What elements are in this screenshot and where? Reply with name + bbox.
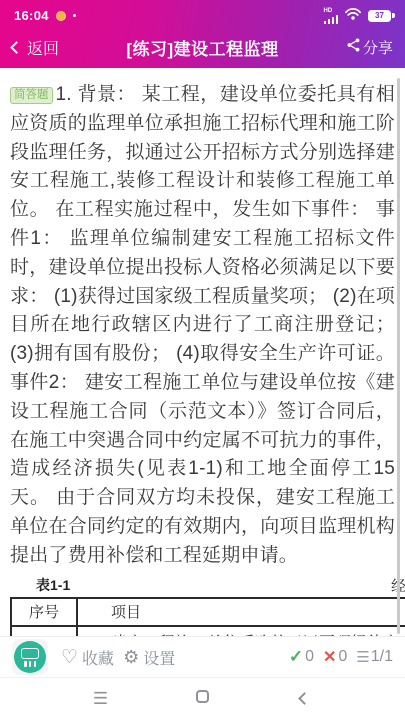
question-type-badge: 简答题: [10, 87, 53, 104]
hd-label: HD: [324, 8, 333, 14]
loss-table: 序号 项目 1 建安工程施工单位采购的已运至现场待安 2 现场施工人员受伤医疗补…: [10, 597, 405, 636]
app-screen: 16:04 HD 37 返回: [0, 0, 405, 720]
battery-icon: 37: [368, 9, 395, 22]
progress-label: 1/1: [371, 648, 393, 666]
wrong-counter[interactable]: ✕ 0: [323, 647, 347, 667]
question-text: 1. 背景： 某工程，建设单位委托具有相应资质的监理单位承担施工招标代理和施工阶…: [10, 84, 395, 566]
table-cell-item: 建安工程施工单位采购的已运至现场待安: [77, 626, 405, 636]
settings-label: 设置: [143, 646, 175, 669]
page-title: [练习]建设工程监理: [104, 35, 301, 60]
android-nav-bar: ☰: [0, 677, 405, 720]
chevron-left-icon: [10, 41, 23, 54]
home-icon: [196, 690, 209, 703]
correct-count: 0: [305, 648, 314, 666]
app-logo[interactable]: [12, 639, 48, 675]
table-row: 1 建安工程施工单位采购的已运至现场待安: [11, 626, 405, 636]
table-caption: 表1-1: [36, 575, 70, 595]
settings-button[interactable]: ⚙ 设置: [123, 646, 175, 669]
list-icon: ☰: [356, 648, 368, 666]
correct-counter[interactable]: ✓ 0: [289, 647, 314, 667]
answer-card-button[interactable]: ☰ 1/1: [356, 648, 393, 666]
back-label: 返回: [27, 36, 59, 59]
status-bar: 16:04 HD 37: [0, 0, 405, 27]
nav-home-button[interactable]: [183, 690, 223, 708]
nav-recents-button[interactable]: ☰: [81, 689, 121, 709]
check-icon: ✓: [289, 647, 303, 667]
cross-icon: ✕: [323, 647, 336, 667]
wifi-icon: [345, 7, 361, 25]
favorite-label: 收藏: [82, 646, 114, 669]
table-header-no: 序号: [11, 598, 77, 626]
question-content[interactable]: 简答题1. 背景： 某工程，建设单位委托具有相应资质的监理单位承担施工招标代理和…: [0, 68, 405, 636]
question-text-block: 简答题1. 背景： 某工程，建设单位委托具有相应资质的监理单位承担施工招标代理和…: [0, 68, 405, 571]
table-header-item: 项目: [77, 598, 405, 626]
favorite-button[interactable]: ♡ 收藏: [61, 646, 114, 669]
share-icon: [347, 38, 360, 57]
wrong-count: 0: [338, 648, 347, 666]
title-bar: 返回 [练习]建设工程监理 分享: [0, 27, 405, 67]
share-button[interactable]: 分享: [301, 37, 393, 58]
back-button[interactable]: 返回: [12, 36, 104, 59]
nav-back-icon: [298, 692, 311, 705]
battery-percent: 37: [375, 11, 384, 20]
nav-back-button[interactable]: [285, 690, 325, 708]
clock: 16:04: [14, 8, 49, 23]
table-header-row: 序号 项目: [11, 598, 405, 626]
top-gradient-area: 16:04 HD 37 返回: [0, 0, 405, 68]
signal-icon: HD: [324, 8, 339, 24]
status-dot-icon: [73, 14, 76, 17]
table-cell-no: 1: [11, 626, 77, 636]
share-label: 分享: [363, 37, 393, 58]
notification-dot-icon: [56, 11, 66, 21]
table-caption-row: 表1-1 经: [0, 573, 405, 597]
app-logo-icon: [14, 641, 46, 673]
heart-icon: ♡: [61, 648, 78, 667]
gear-icon: ⚙: [123, 648, 139, 666]
scrollbar[interactable]: [397, 78, 401, 634]
bottom-toolbar: ♡ 收藏 ⚙ 设置 ✓ 0 ✕ 0 ☰ 1/1: [0, 636, 405, 677]
